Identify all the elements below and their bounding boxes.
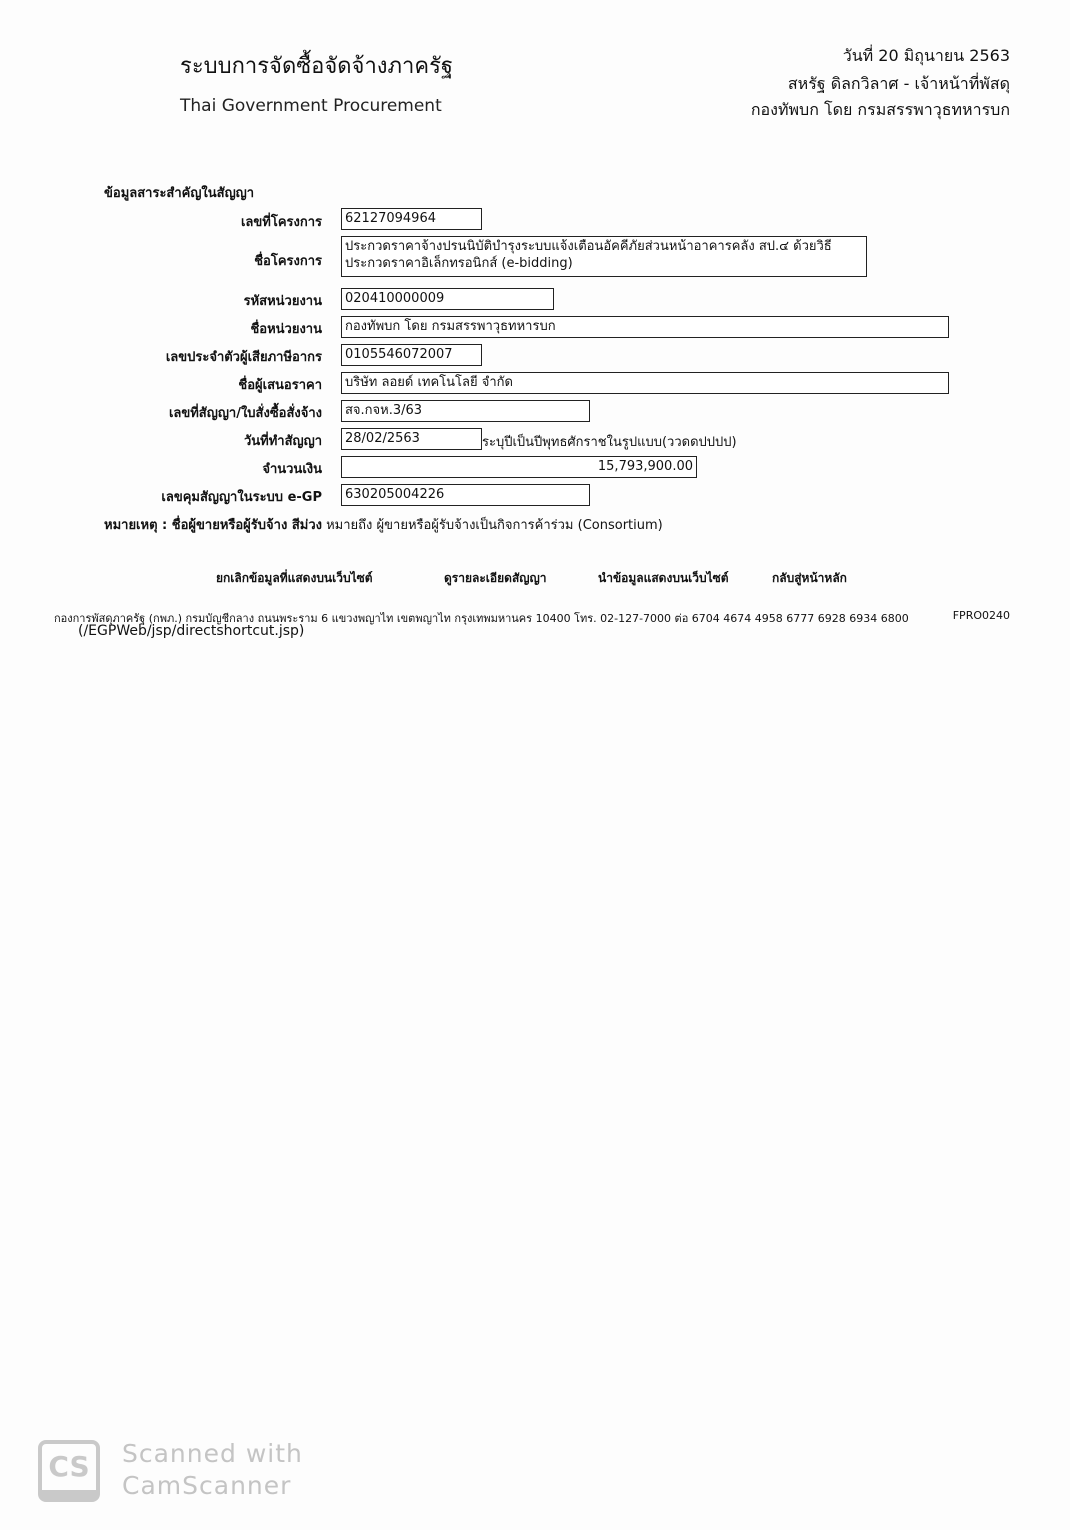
- contract-no-label: เลขที่สัญญา/ใบสั่งซื้อสั่งจ้าง: [82, 402, 322, 423]
- dept-code-label: รหัสหน่วยงาน: [82, 290, 322, 311]
- amount-label: จำนวนเงิน: [82, 458, 322, 479]
- view-contract-link[interactable]: ดูรายละเอียดสัญญา: [444, 569, 546, 588]
- system-title-thai: ระบบการจัดซื้อจัดจ้างภาครัฐ: [180, 48, 453, 83]
- watermark-text: Scanned with CamScanner: [122, 1438, 303, 1502]
- current-date: วันที่ 20 มิถุนายน 2563: [843, 44, 1010, 69]
- publish-link[interactable]: นำข้อมูลแสดงบนเว็บไซต์: [598, 569, 729, 588]
- project-name-label: ชื่อโครงการ: [82, 250, 322, 271]
- cancel-publish-link[interactable]: ยกเลิกข้อมูลที่แสดงบนเว็บไซต์: [216, 569, 373, 588]
- watermark-line-2: CamScanner: [122, 1470, 303, 1502]
- contract-date-field[interactable]: 28/02/2563: [341, 428, 482, 450]
- page-code: FPRO0240: [953, 609, 1010, 622]
- project-no-label: เลขที่โครงการ: [82, 211, 322, 232]
- system-title-english: Thai Government Procurement: [180, 96, 442, 116]
- section-title: ข้อมูลสาระสำคัญในสัญญา: [104, 182, 254, 203]
- contract-date-label: วันที่ทำสัญญา: [82, 430, 322, 451]
- note-highlight: สีม่วง: [292, 518, 322, 533]
- camscanner-logo-icon: CS: [38, 1440, 100, 1502]
- project-no-field[interactable]: 62127094964: [341, 208, 482, 230]
- egp-no-field[interactable]: 630205004226: [341, 484, 590, 506]
- page-path: (/EGPWeb/jsp/directshortcut.jsp): [78, 623, 304, 639]
- amount-field[interactable]: 15,793,900.00: [341, 456, 697, 478]
- egp-no-label: เลขคุมสัญญาในระบบ e-GP: [82, 486, 322, 507]
- tax-id-field[interactable]: 0105546072007: [341, 344, 482, 366]
- consortium-note: หมายเหตุ : ชื่อผู้ขายหรือผู้รับจ้าง สีม่…: [104, 514, 663, 535]
- project-name-field[interactable]: ประกวดราคาจ้างปรนนิบัติบำรุงระบบแจ้งเตือ…: [341, 236, 867, 277]
- contract-date-hint: ระบุปีเป็นปีพุทธศักราชในรูปแบบ(ววดดปปปป): [482, 431, 737, 452]
- contract-no-field[interactable]: สจ.กจห.3/63: [341, 400, 590, 422]
- home-link[interactable]: กลับสู่หน้าหลัก: [772, 569, 847, 588]
- user-name: สหรัฐ ดิลกวิลาศ - เจ้าหน้าที่พัสดุ: [788, 72, 1010, 97]
- tax-id-label: เลขประจำตัวผู้เสียภาษีอากร: [82, 346, 322, 367]
- bidder-field[interactable]: บริษัท ลอยด์ เทคโนโลยี จำกัด: [341, 372, 949, 394]
- user-organization: กองทัพบก โดย กรมสรรพาวุธทหารบก: [751, 98, 1010, 123]
- note-prefix: หมายเหตุ : ชื่อผู้ขายหรือผู้รับจ้าง: [104, 518, 292, 533]
- bidder-label: ชื่อผู้เสนอราคา: [82, 374, 322, 395]
- dept-name-label: ชื่อหน่วยงาน: [82, 318, 322, 339]
- watermark-line-1: Scanned with: [122, 1438, 303, 1470]
- dept-code-field[interactable]: 020410000009: [341, 288, 554, 310]
- note-suffix: หมายถึง ผู้ขายหรือผู้รับจ้างเป็นกิจการค้…: [322, 518, 663, 533]
- dept-name-field[interactable]: กองทัพบก โดย กรมสรรพาวุธทหารบก: [341, 316, 949, 338]
